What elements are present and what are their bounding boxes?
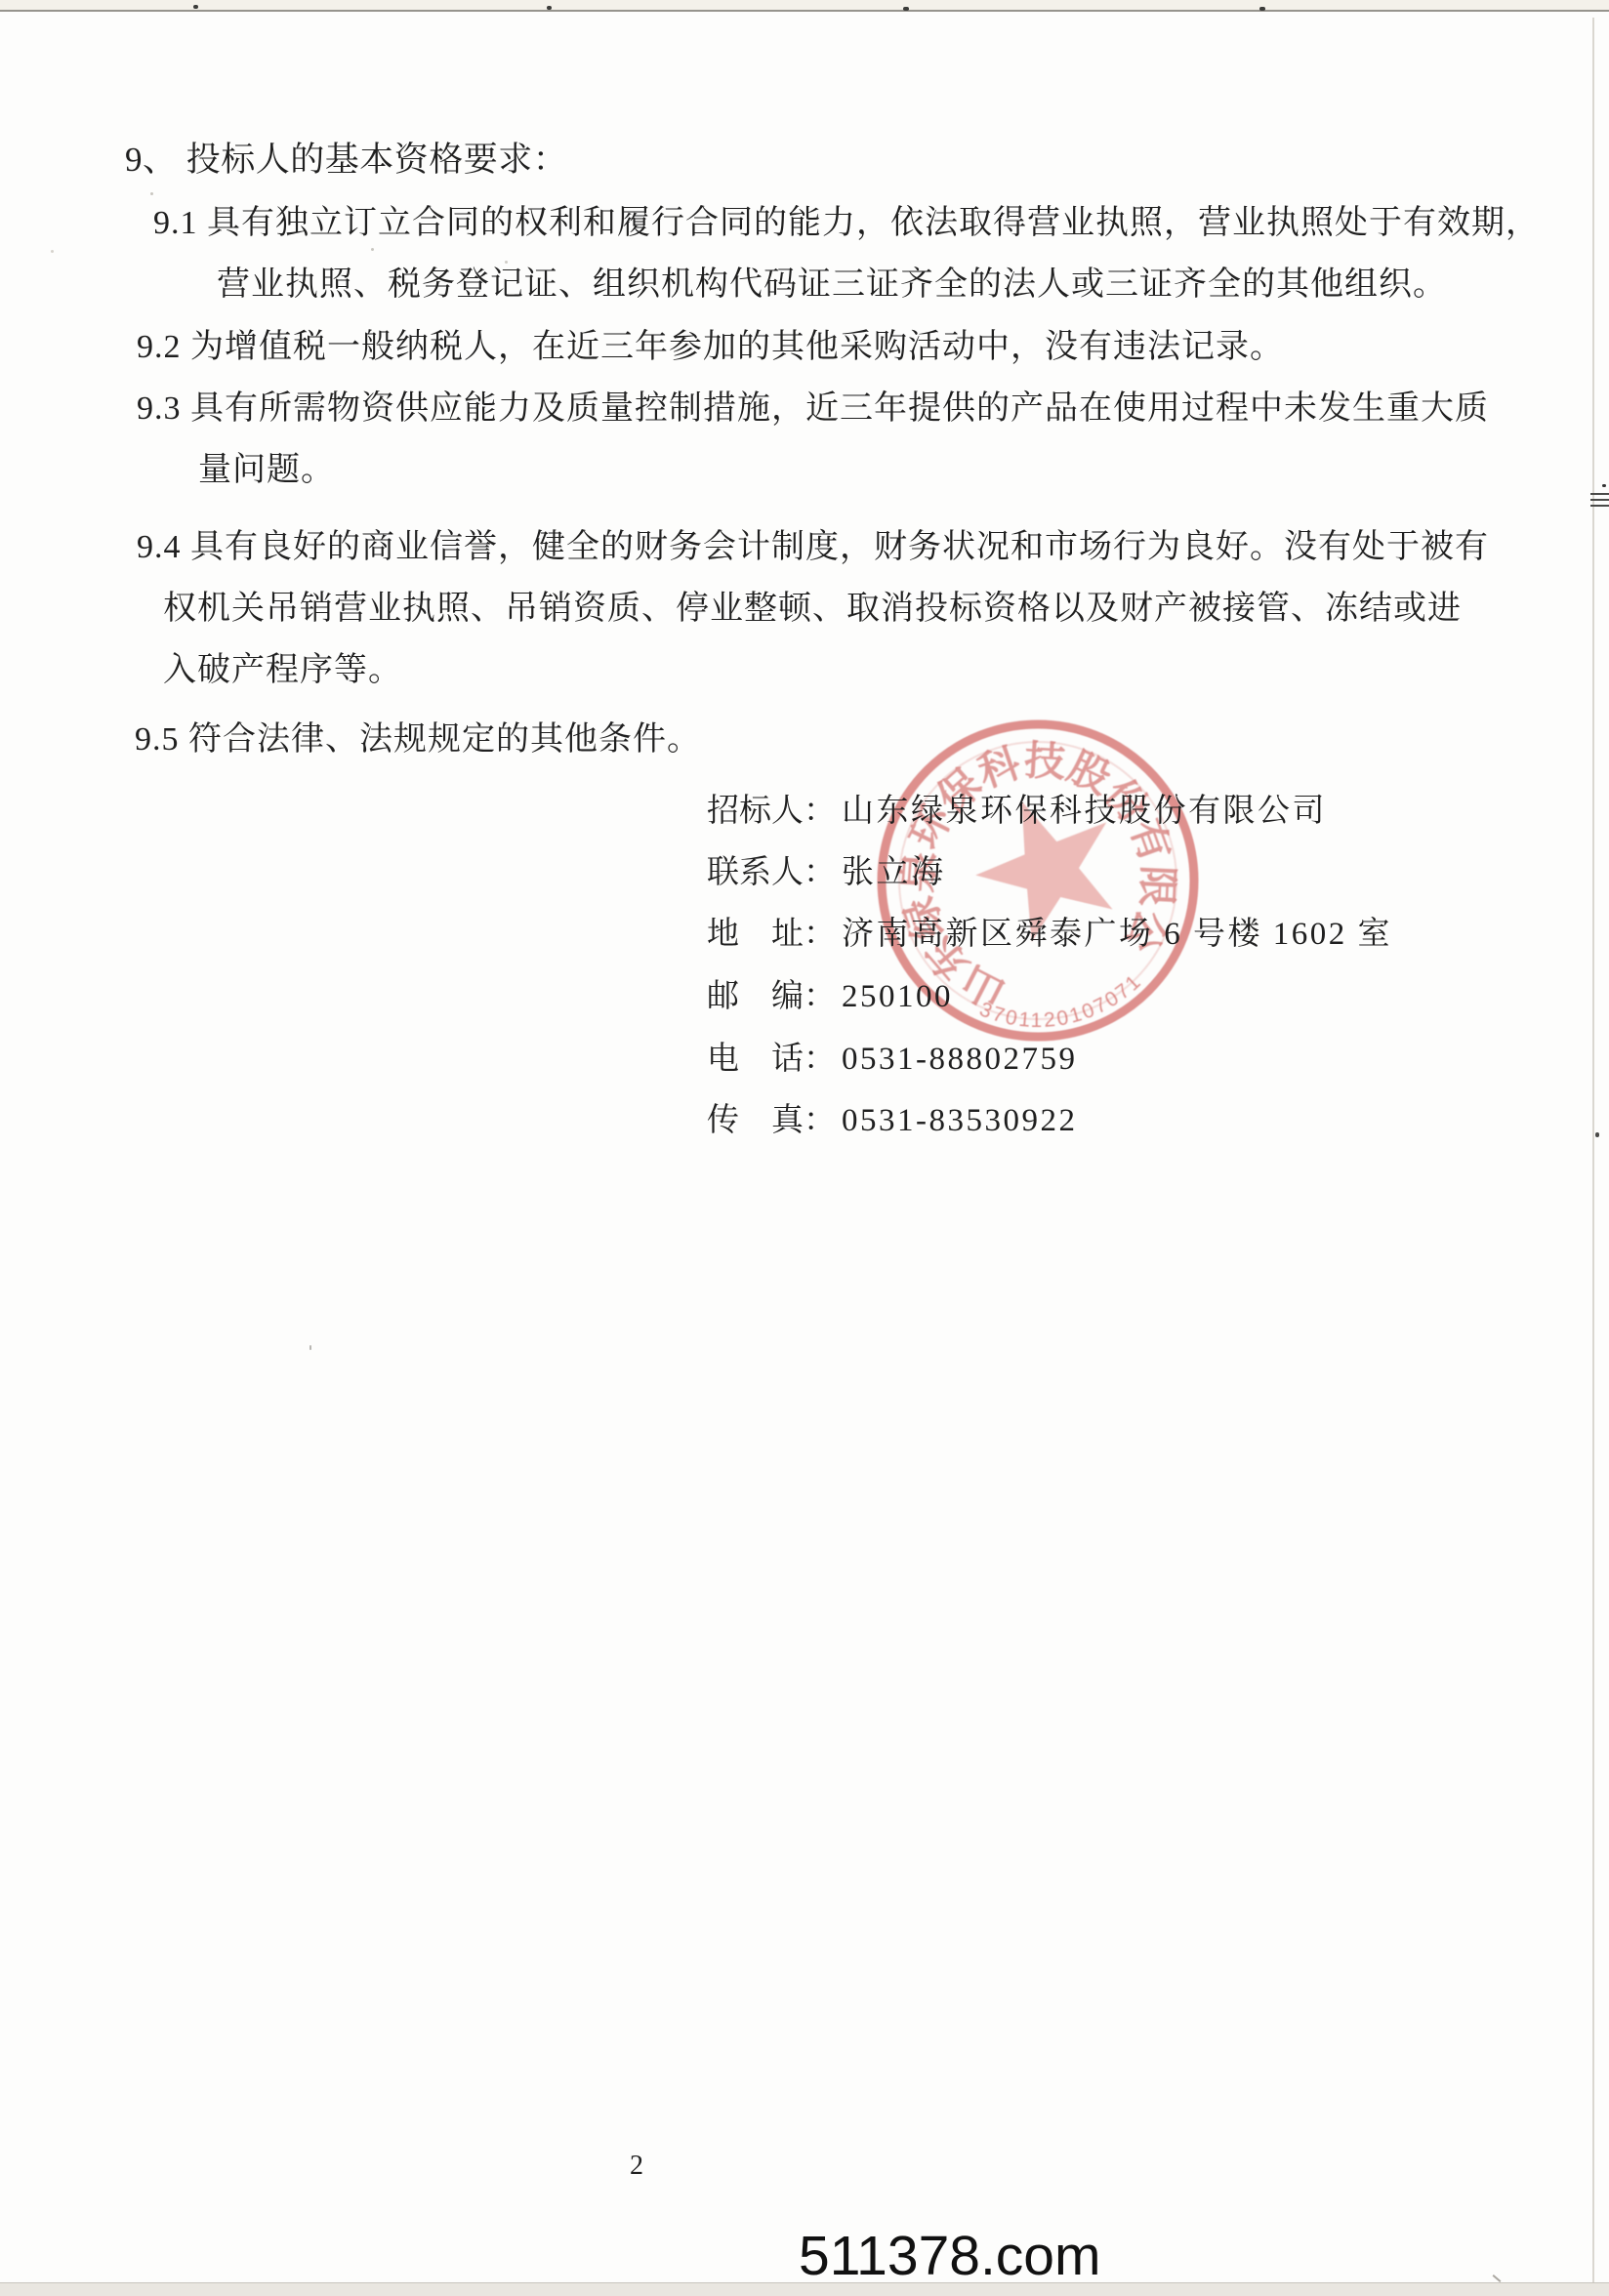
watermark-text: 511378.com xyxy=(799,2224,1101,2288)
postcode-label: 邮 编： xyxy=(707,979,836,1014)
clause-line-9-3b: 量问题。 xyxy=(198,450,335,492)
scan-speck xyxy=(505,261,508,264)
document-page: 9、 投标人的基本资格要求： 9.1 具有独立订立合同的权利和履行合同的能力，依… xyxy=(0,0,1609,2296)
contact-row-address: 地 址：济南高新区舜泰广场 6 号楼 1602 室 xyxy=(707,908,1392,954)
scan-speck xyxy=(309,1345,311,1350)
scan-speck xyxy=(547,6,552,10)
postcode-value: 250100 xyxy=(836,979,953,1014)
clause-line-9-4c: 入破产程序等。 xyxy=(163,650,402,692)
fax-label: 传 真： xyxy=(707,1103,836,1138)
clause-line-9-4b: 权机关吊销营业执照、吊销资质、停业整顿、取消投标资格以及财产被接管、冻结或进 xyxy=(163,589,1462,631)
scan-speck xyxy=(903,7,909,11)
phone-label: 电 话： xyxy=(707,1042,836,1077)
clause-line-9-1b: 营业执照、税务登记证、组织机构代码证三证齐全的法人或三证齐全的其他组织。 xyxy=(217,265,1447,307)
phone-value: 0531-88802759 xyxy=(836,1042,1078,1077)
scan-speck xyxy=(193,5,198,9)
scan-speck xyxy=(1602,484,1606,487)
scan-smudge xyxy=(1590,493,1609,510)
tenderer-value: 山东绿泉环保科技股份有限公司 xyxy=(836,794,1327,829)
address-label: 地 址： xyxy=(707,917,836,952)
scan-speck xyxy=(150,192,153,195)
scan-speck xyxy=(1595,1132,1599,1137)
tenderer-label: 招标人： xyxy=(707,794,836,829)
scan-edge-top xyxy=(0,0,1609,12)
clause-line-9-2: 9.2 为增值税一般纳税人，在近三年参加的其他采购活动中，没有违法记录。 xyxy=(137,327,1284,369)
contact-row-phone: 电 话：0531-88802759 xyxy=(707,1033,1078,1079)
scan-edge-right xyxy=(1592,18,1594,2284)
scan-speck xyxy=(1493,2275,1502,2282)
page-number: 2 xyxy=(630,2151,643,2182)
clause-line-9-1a: 9.1 具有独立订立合同的权利和履行合同的能力，依法取得营业执照，营业执照处于有… xyxy=(153,203,1540,245)
contact-person-label: 联系人： xyxy=(707,855,836,890)
contact-row-tenderer: 招标人：山东绿泉环保科技股份有限公司 xyxy=(707,785,1327,831)
section-heading: 9、 投标人的基本资格要求： xyxy=(125,139,567,182)
address-value: 济南高新区舜泰广场 6 号楼 1602 室 xyxy=(836,917,1392,952)
scan-speck xyxy=(51,250,54,253)
clause-line-9-5: 9.5 符合法律、法规规定的其他条件。 xyxy=(135,719,701,761)
fax-value: 0531-83530922 xyxy=(836,1103,1078,1138)
contact-row-contact-person: 联系人：张立海 xyxy=(707,846,946,892)
contact-row-fax: 传 真：0531-83530922 xyxy=(707,1094,1078,1140)
clause-line-9-3a: 9.3 具有所需物资供应能力及质量控制措施，近三年提供的产品在使用过程中未发生重… xyxy=(137,389,1489,430)
contact-person-value: 张立海 xyxy=(836,855,946,890)
scan-speck xyxy=(371,248,374,251)
scan-speck xyxy=(1259,7,1265,11)
clause-line-9-4a: 9.4 具有良好的商业信誉，健全的财务会计制度，财务状况和市场行为良好。没有处于… xyxy=(137,527,1489,569)
contact-row-postcode: 邮 编：250100 xyxy=(707,970,953,1016)
